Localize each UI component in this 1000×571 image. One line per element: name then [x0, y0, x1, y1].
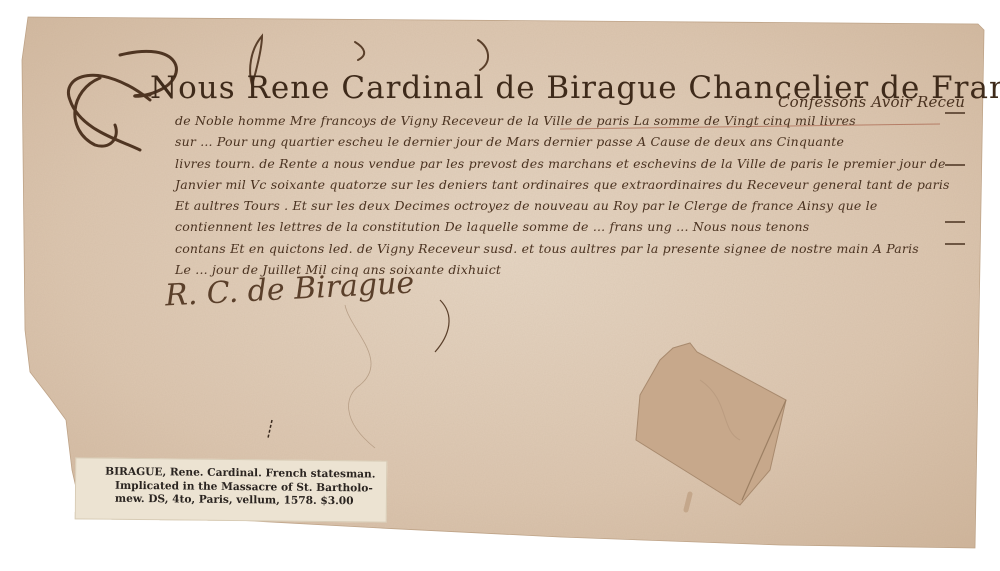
heading-continuation: Confessons Avoir Receu: [778, 93, 965, 111]
dealer-label: BIRAGUE, Rene. Cardinal. French statesma…: [75, 457, 388, 522]
body-line-4: Janvier mil Vc soixante quatorze sur les…: [175, 177, 950, 192]
body-line-6: contiennent les lettres de la constituti…: [175, 219, 809, 234]
body-line-3: livres tourn. de Rente a nous vendue par…: [175, 156, 946, 171]
body-line-1: de Noble homme Mre francoys de Vigny Rec…: [175, 113, 856, 128]
body-line-7: contans Et en quictons led. de Vigny Rec…: [175, 241, 919, 256]
body-line-2: sur ... Pour ung quartier escheu le dern…: [175, 134, 844, 149]
label-line-3: mew. DS, 4to, Paris, vellum, 1578. $3.00: [105, 493, 385, 509]
document-photo: Nous Rene Cardinal de Birague Chancelier…: [0, 0, 1000, 571]
body-line-5: Et aultres Tours . Et sur les deux Decim…: [175, 198, 877, 213]
